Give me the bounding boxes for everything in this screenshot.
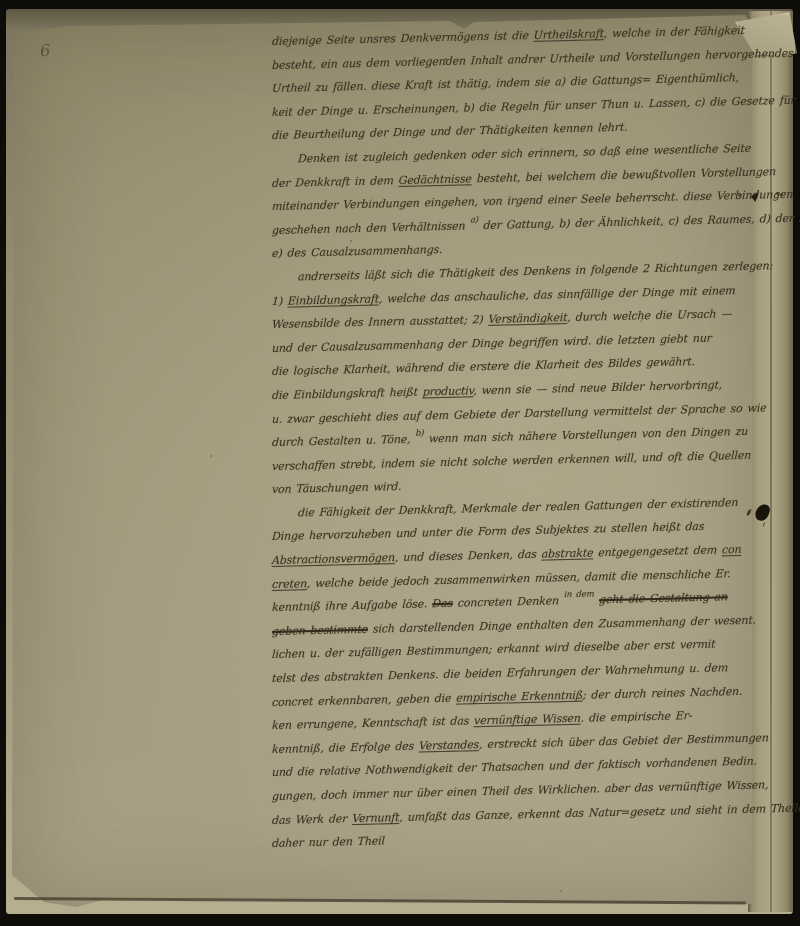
- script-text: der Denkkraft in dem: [272, 174, 399, 190]
- underlined-word: Vernunft: [352, 811, 400, 825]
- inserted-word: in dem: [564, 590, 595, 601]
- script-text: geschehen nach den Verhältnissen: [272, 219, 471, 237]
- underlined-word: con: [722, 543, 742, 556]
- underlined-word: Abstractionsvermögen: [272, 551, 396, 567]
- script-text: von Täuschungen wird.: [272, 480, 402, 496]
- edge-dots-mark: [776, 192, 779, 195]
- underlined-word: vernünftige Wissen: [474, 712, 581, 728]
- underlined-word: Urtheilskraft: [533, 27, 604, 42]
- script-text: , und dieses Denken, das: [395, 548, 542, 564]
- script-text: kenntniß, die Erfolge des: [272, 739, 420, 755]
- script-text: , welche in der Fähigkeit: [604, 24, 746, 40]
- photo-background: 6 diejenige Seite unsres Denkvermögens i…: [0, 0, 800, 926]
- underlined-word: productiv: [422, 384, 473, 398]
- script-text: . die empirische Er-: [580, 709, 692, 725]
- script-text: das Werk der: [272, 812, 353, 827]
- script-text: 1): [272, 294, 289, 307]
- inserted-word: b): [415, 428, 424, 438]
- underlined-word: abstrakte: [541, 546, 593, 560]
- script-text: , welche das anschauliche, das sinnfälli…: [379, 284, 736, 305]
- script-text: daher nur den Theil: [272, 835, 386, 851]
- struck-through-word: geht die Gestaltung an: [599, 590, 728, 606]
- script-text: die Einbildungskraft heißt: [272, 385, 423, 402]
- script-text: ; der durch reines Nachden.: [583, 685, 743, 702]
- script-text: wenn man sich nähere Vorstellungen von d…: [424, 425, 749, 446]
- struck-through-word: Das: [432, 597, 453, 611]
- script-text: entgegengesetzt dem: [593, 543, 722, 559]
- page-number: 6: [39, 41, 51, 61]
- inserted-word: a): [470, 215, 479, 225]
- script-text: , erstreckt sich über das Gebiet der Bes…: [479, 731, 769, 751]
- script-text: durch Gestalten u. Töne,: [272, 433, 416, 449]
- script-text: kenntniß ihre Aufgabe löse.: [272, 597, 433, 614]
- underlined-word: empirische Erkenntniß: [456, 688, 583, 704]
- underlined-word: Verstandes: [419, 738, 480, 752]
- underlined-word: creten: [272, 577, 308, 591]
- script-text: , durch welche die Ursach —: [567, 307, 732, 324]
- script-text: concreten Denken: [453, 594, 565, 610]
- underlined-word: Einbildungskraft: [288, 292, 380, 307]
- script-text: die Beurtheilung der Dinge und der Thäti…: [272, 121, 628, 142]
- underlined-word: Gedächtnisse: [398, 172, 472, 187]
- struck-through-word: geben bestimmte: [272, 623, 369, 638]
- script-text: , wenn sie — sind neue Bilder hervorbrin…: [473, 378, 722, 397]
- script-text: diejenige Seite unsres Denkvermögens ist…: [272, 29, 534, 48]
- handwriting-block: diejenige Seite unsres Denkvermögens ist…: [272, 30, 764, 856]
- script-text: e) des Causalzusammenhangs.: [272, 243, 443, 260]
- script-text: besteht, bei welchem die bewußtvollen Vo…: [472, 165, 777, 185]
- dust-speck: [445, 58, 447, 60]
- underlined-word: Verständigkeit: [488, 311, 568, 326]
- script-text: concret erkennbaren, geben die: [272, 691, 457, 708]
- script-text: der Gattung, b) der Ähnlichkeit, c) des …: [478, 211, 800, 232]
- script-text: ken errungene, Kenntschaft ist das: [272, 714, 475, 732]
- script-text: Wesensbilde des Innern ausstattet; 2): [272, 313, 489, 331]
